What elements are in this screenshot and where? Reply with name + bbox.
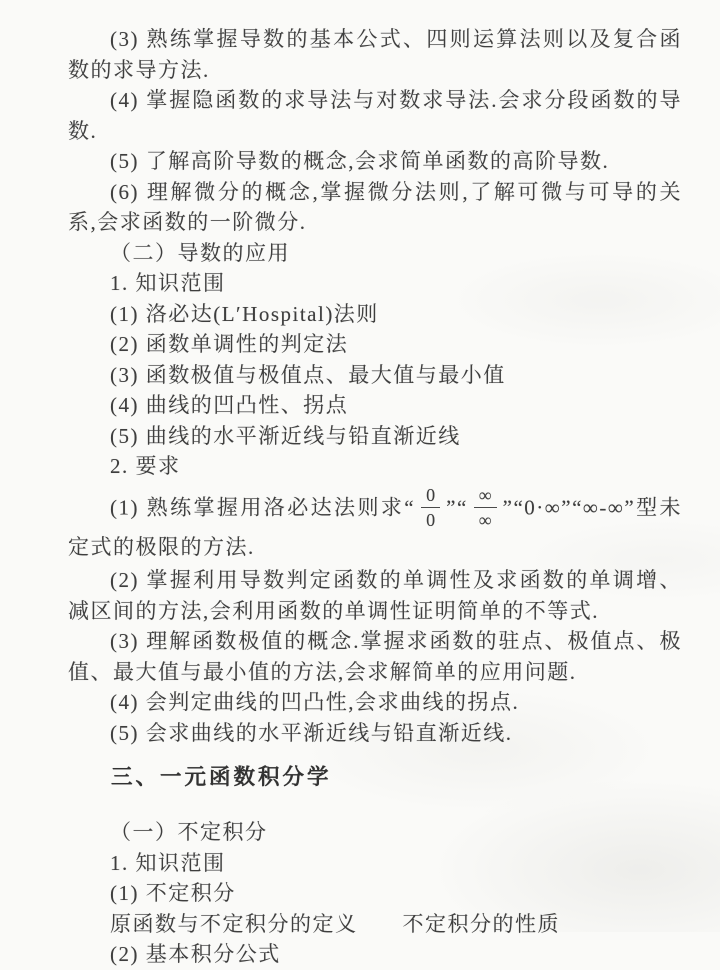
formula-quote-separator: ”“ [446,495,468,519]
fraction-infinity-over-infinity: ∞∞ [474,485,497,530]
fraction-zero-over-zero: 00 [421,485,440,530]
knowledge-item-monotonicity-test: (2) 函数单调性的判定法 [68,329,682,360]
list-header-requirements: 2. 要求 [68,451,682,482]
fraction-denominator: ∞ [474,508,497,530]
requirement-item-lhospital-with-formulas: (1) 熟练掌握用洛必达法则求“00”“∞∞”“0·∞”“∞-∞”型未定式的极限… [68,487,682,563]
knowledge-item-indefinite-integral: (1) 不定积分 [68,878,682,909]
fraction-numerator: ∞ [474,485,497,508]
requirement-item-concavity: (4) 会判定曲线的凹凸性,会求曲线的拐点. [68,687,682,718]
subsection-heading-derivative-applications: （二）导数的应用 [68,238,682,269]
fraction-numerator: 0 [421,485,440,508]
syllabus-item-derivative-req-5: (5) 了解高阶导数的概念,会求简单函数的高阶导数. [68,146,682,177]
knowledge-item-lhospital-rule: (1) 洛必达(L′Hospital)法则 [68,299,682,330]
knowledge-item-concavity-inflection: (4) 曲线的凹凸性、拐点 [68,390,682,421]
knowledge-item-asymptotes: (5) 曲线的水平渐近线与铅直渐近线 [68,421,682,452]
list-header-knowledge-scope: 1. 知识范围 [68,268,682,299]
knowledge-subitem-antiderivative-definition: 原函数与不定积分的定义 不定积分的性质 [68,909,682,933]
requirement-item-extrema: (3) 理解函数极值的概念.掌握求函数的驻点、极值点、极值、最大值与最小值的方法… [68,626,682,687]
formula-prefix-text: (1) 熟练掌握用洛必达法则求“ [110,495,415,519]
syllabus-item-derivative-req-3: (3) 熟练掌握导数的基本公式、四则运算法则以及复合函数的求导方法. [68,24,682,85]
scanned-document-page: (3) 熟练掌握导数的基本公式、四则运算法则以及复合函数的求导方法. (4) 掌… [0,0,720,932]
syllabus-item-derivative-req-6: (6) 理解微分的概念,掌握微分法则,了解可微与可导的关系,会求函数的一阶微分. [68,177,682,238]
section-heading-integral-calculus: 三、一元函数积分学 [68,762,682,792]
syllabus-item-derivative-req-4: (4) 掌握隐函数的求导法与对数求导法.会求分段函数的导数. [68,85,682,146]
requirement-item-monotonicity: (2) 掌握利用导数判定函数的单调性及求函数的单调增、减区间的方法,会利用函数的… [68,565,682,626]
fraction-denominator: 0 [421,508,440,530]
knowledge-item-extrema: (3) 函数极值与极值点、最大值与最小值 [68,360,682,391]
list-header-knowledge-scope-2: 1. 知识范围 [68,848,682,879]
subsection-heading-indefinite-integral: （一）不定积分 [68,817,682,848]
requirement-item-asymptotes: (5) 会求曲线的水平渐近线与铅直渐近线. [68,718,682,749]
